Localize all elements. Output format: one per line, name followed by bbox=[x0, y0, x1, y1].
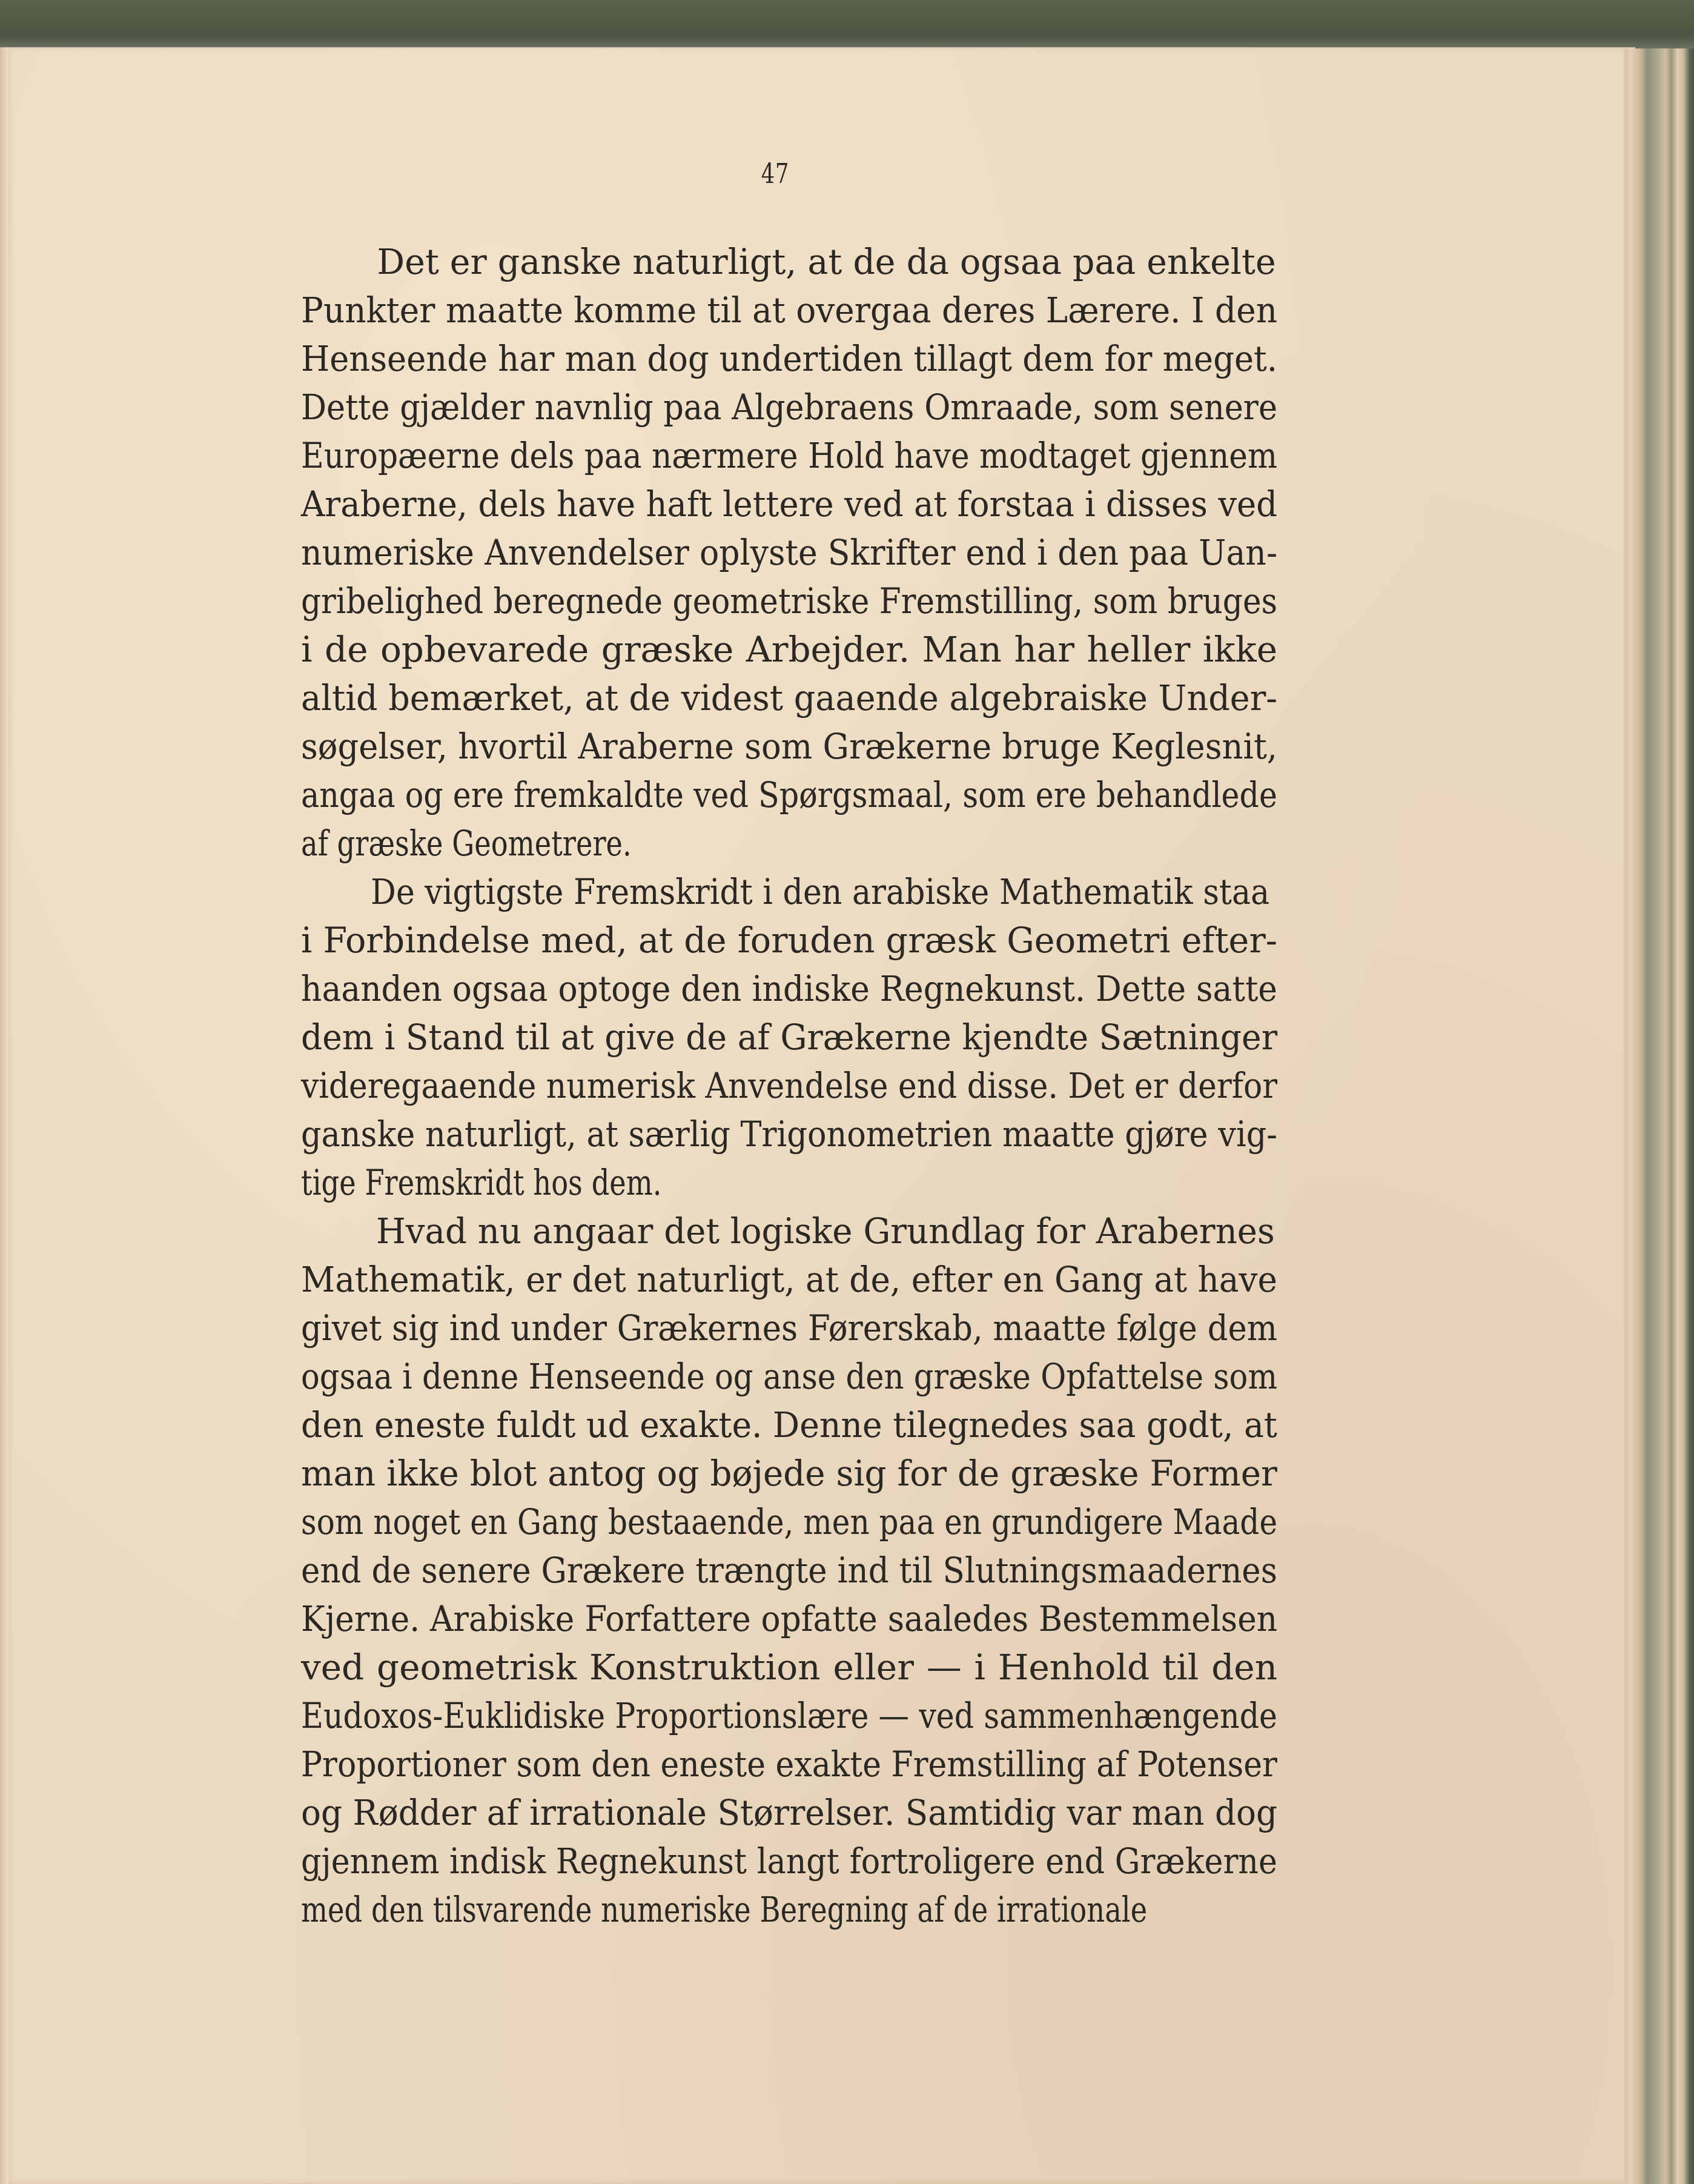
text-line: gjennem indisk Regnekunst langt fortroli… bbox=[301, 1837, 1277, 1885]
text-line: givet sig ind under Grækernes Førerskab,… bbox=[301, 1304, 1277, 1352]
text-line: De vigtigste Fremskridt i den arabiske M… bbox=[301, 868, 1269, 916]
paragraph: De vigtigste Fremskridt i den arabiske M… bbox=[301, 868, 1277, 1207]
text-line: Kjerne. Arabiske Forfattere opfatte saal… bbox=[301, 1595, 1277, 1643]
text-line: Mathematik, er det naturligt, at de, eft… bbox=[301, 1255, 1277, 1304]
text-line: ganske naturligt, at særlig Trigonometri… bbox=[301, 1110, 1277, 1158]
page-number: 47 bbox=[155, 159, 1395, 190]
text-line: den eneste fuldt ud exakte. Denne tilegn… bbox=[301, 1401, 1277, 1449]
book-cover-top bbox=[0, 0, 1694, 48]
text-line: Araberne, dels have haft lettere ved at … bbox=[301, 480, 1277, 528]
text-line: altid bemærket, at de videst gaaende alg… bbox=[301, 674, 1277, 722]
text-line: Punkter maatte komme til at overgaa dere… bbox=[301, 286, 1277, 334]
text-line: Proportioner som den eneste exakte Frems… bbox=[301, 1740, 1277, 1788]
text-line: ved geometrisk Konstruktion eller — i He… bbox=[301, 1643, 1277, 1691]
text-line: man ikke blot antog og bøjede sig for de… bbox=[301, 1449, 1277, 1498]
text-line: Henseende har man dog undertiden tillagt… bbox=[301, 334, 1277, 383]
text-line: angaa og ere fremkaldte ved Spørgsmaal, … bbox=[301, 771, 1277, 819]
text-line: Eudoxos-Euklidiske Proportionslære — ved… bbox=[301, 1691, 1277, 1740]
text-line: dem i Stand til at give de af Grækerne k… bbox=[301, 1013, 1277, 1061]
text-line: Europæerne dels paa nærmere Hold have mo… bbox=[301, 431, 1277, 480]
text-line: haanden ogsaa optoge den indiske Regneku… bbox=[301, 964, 1277, 1013]
page-gutter-edge bbox=[0, 47, 8, 2184]
text-line: og Rødder af irrationale Størrelser. Sam… bbox=[301, 1788, 1277, 1837]
paragraph: Hvad nu angaar det logiske Grundlag for … bbox=[301, 1207, 1277, 1934]
text-line: af græske Geometrere. bbox=[301, 819, 632, 868]
text-line: Hvad nu angaar det logiske Grundlag for … bbox=[301, 1207, 1275, 1255]
text-line: med den tilsvarende numeriske Beregning … bbox=[301, 1885, 1147, 1934]
text-line: som noget en Gang bestaaende, men paa en… bbox=[301, 1498, 1277, 1546]
body-text: Det er ganske naturligt, at de da ogsaa … bbox=[301, 237, 1277, 1934]
text-line: numeriske Anvendelser oplyste Skrifter e… bbox=[301, 528, 1277, 577]
text-line: Det er ganske naturligt, at de da ogsaa … bbox=[301, 237, 1276, 286]
text-line: videregaaende numerisk Anvendelse end di… bbox=[301, 1061, 1277, 1110]
text-line: end de senere Grækere trængte ind til Sl… bbox=[301, 1546, 1277, 1595]
text-line: i Forbindelse med, at de foruden græsk G… bbox=[301, 916, 1277, 964]
text-line: søgelser, hvortil Araberne som Grækerne … bbox=[301, 722, 1277, 771]
text-line: gribelighed beregnede geometriske Fremst… bbox=[301, 577, 1277, 625]
stacked-page-edges bbox=[1623, 48, 1694, 2184]
paragraph: Det er ganske naturligt, at de da ogsaa … bbox=[301, 237, 1277, 868]
text-line: tige Fremskridt hos dem. bbox=[301, 1158, 662, 1207]
text-line: ogsaa i denne Henseende og anse den græs… bbox=[301, 1352, 1277, 1401]
text-line: Dette gjælder navnlig paa Algebraens Omr… bbox=[301, 383, 1277, 431]
text-line: i de opbevarede græske Arbejder. Man har… bbox=[301, 625, 1277, 674]
